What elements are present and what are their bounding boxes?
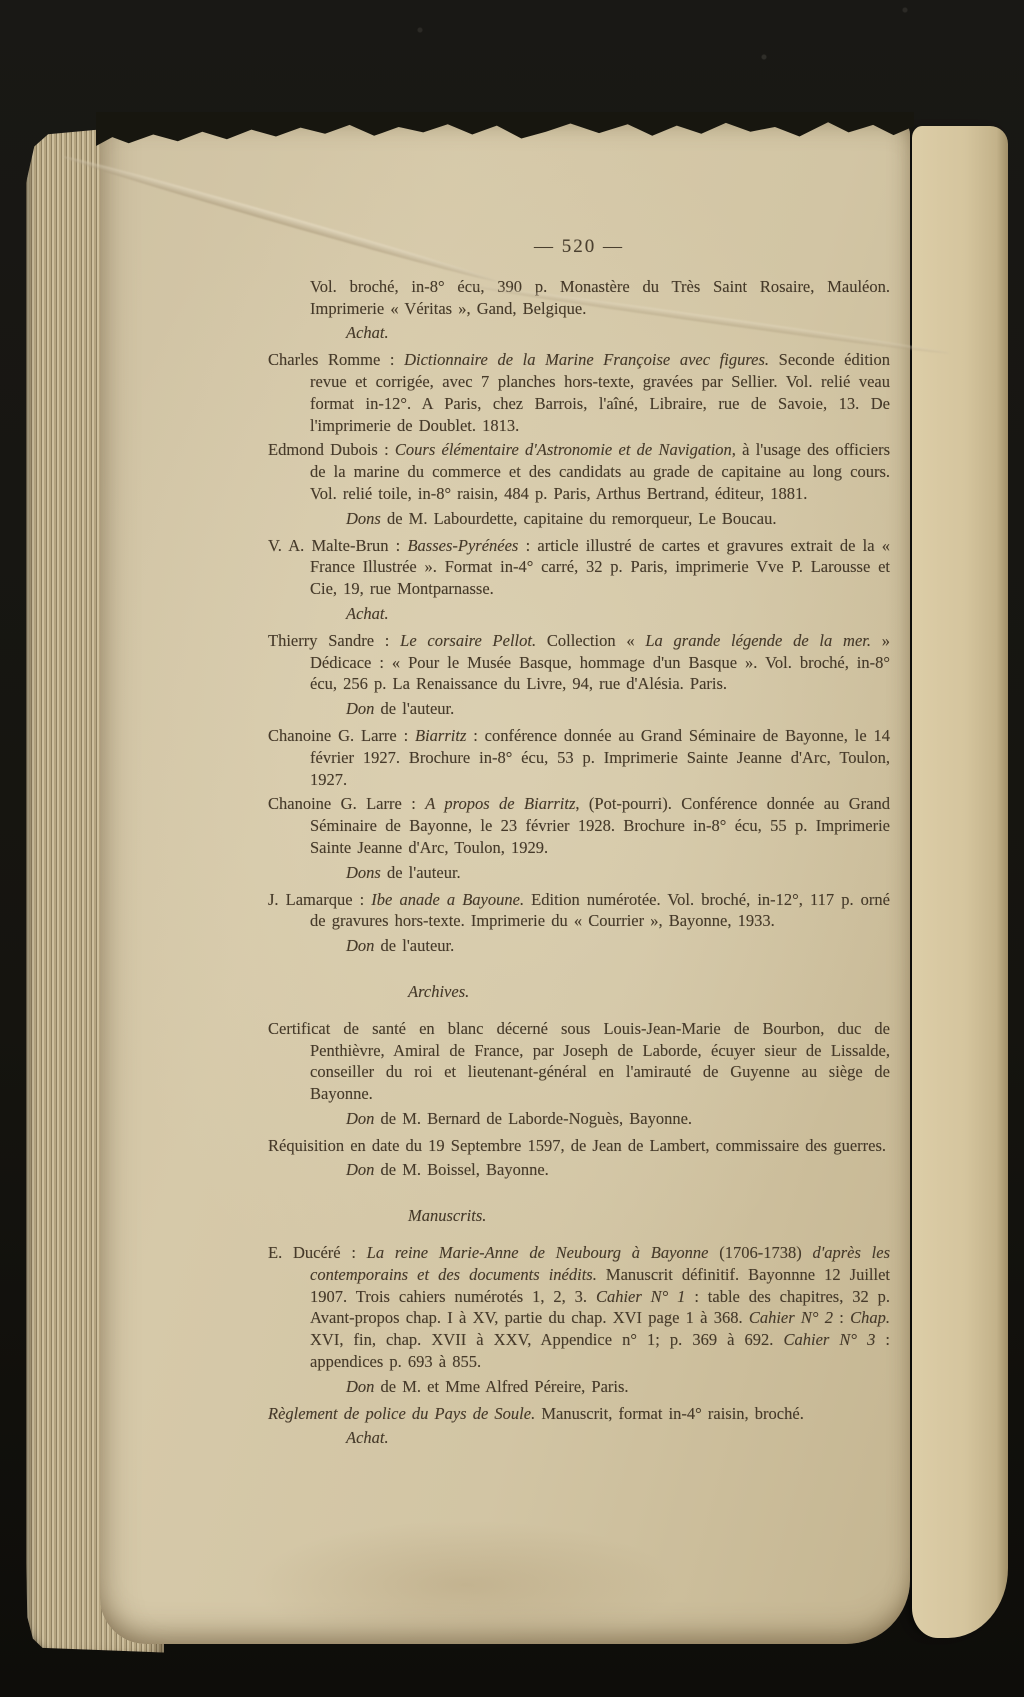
bibliography-entry: Charles Romme : Dictionnaire de la Marin… bbox=[268, 349, 890, 436]
attribution-line: Dons de l'auteur. bbox=[268, 862, 890, 884]
bibliography-entry: Certificat de santé en blanc décerné sou… bbox=[268, 1018, 890, 1105]
attribution-line: Dons de M. Labourdette, capitaine du rem… bbox=[268, 508, 890, 530]
attribution-line: Don de M. Boissel, Bayonne. bbox=[268, 1159, 890, 1181]
section-heading: Archives. bbox=[268, 981, 890, 1003]
bibliography-list: Vol. broché, in-8° écu, 390 p. Monastère… bbox=[268, 276, 890, 1449]
bibliography-entry: Chanoine G. Larre : Biarritz : conférenc… bbox=[268, 725, 890, 790]
bibliography-entry: Chanoine G. Larre : A propos de Biarritz… bbox=[268, 793, 890, 858]
bibliography-entry: J. Lamarque : Ibe anade a Bayoune. Editi… bbox=[268, 889, 890, 933]
bibliography-entry: V. A. Malte-Brun : Basses-Pyrénées : art… bbox=[268, 535, 890, 600]
paper-stain bbox=[250, 1520, 680, 1650]
bibliography-entry: Thierry Sandre : Le corsaire Pellot. Col… bbox=[268, 630, 890, 695]
book-page: — 520 — Vol. broché, in-8° écu, 390 p. M… bbox=[100, 120, 910, 1644]
attribution-line: Don de M. et Mme Alfred Péreire, Paris. bbox=[268, 1376, 890, 1398]
attribution-line: Don de l'auteur. bbox=[268, 698, 890, 720]
scanned-book-photo: — 520 — Vol. broché, in-8° écu, 390 p. M… bbox=[0, 0, 1024, 1697]
section-heading: Manuscrits. bbox=[268, 1205, 890, 1227]
bibliography-entry: Edmond Dubois : Cours élémentaire d'Astr… bbox=[268, 439, 890, 504]
bibliography-entry: Réquisition en date du 19 Septembre 1597… bbox=[268, 1135, 890, 1157]
page-content: — 520 — Vol. broché, in-8° écu, 390 p. M… bbox=[268, 236, 890, 1454]
bibliography-entry: Règlement de police du Pays de Soule. Ma… bbox=[268, 1403, 890, 1425]
next-page-edge bbox=[912, 126, 1008, 1638]
attribution-line: Don de M. Bernard de Laborde-Noguès, Bay… bbox=[268, 1108, 890, 1130]
attribution-line: Achat. bbox=[268, 1427, 890, 1449]
attribution-line: Don de l'auteur. bbox=[268, 935, 890, 957]
bibliography-entry: E. Ducéré : La reine Marie-Anne de Neubo… bbox=[268, 1242, 890, 1373]
attribution-line: Achat. bbox=[268, 603, 890, 625]
